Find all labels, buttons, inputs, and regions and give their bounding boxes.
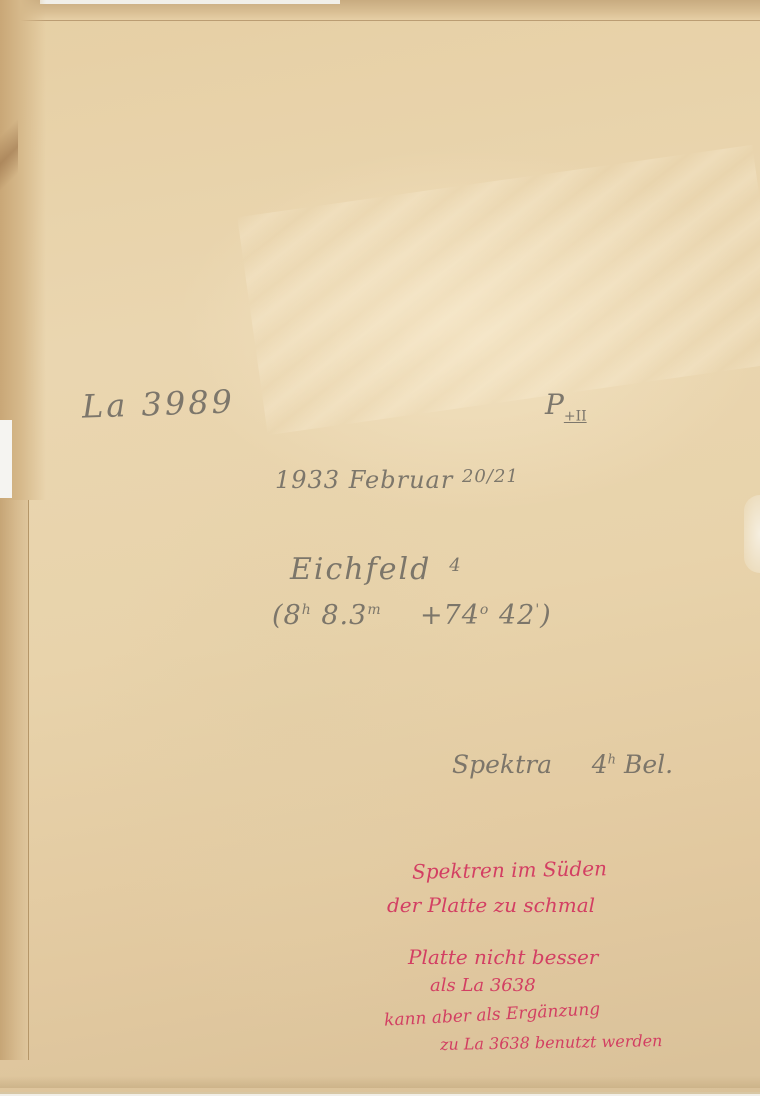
field-number: 4 [449, 555, 462, 576]
field-name: Eichfeld4 [290, 552, 463, 587]
envelope-top-gap [40, 0, 340, 4]
ra-hours-unit: h [302, 602, 312, 618]
envelope-crease [0, 95, 18, 215]
plate-class-suffix: +II [564, 409, 587, 425]
exposure-suffix: Bel. [624, 750, 673, 779]
exposure-note: Spektra 4h Bel. [452, 750, 673, 779]
paren-open: ( [272, 600, 284, 631]
exposure-unit: h [608, 753, 616, 768]
red-note-line-6: zu La 3638 benutzt werden [440, 1031, 663, 1054]
envelope-thumb-cutout [744, 495, 760, 573]
paper-sheen [237, 145, 760, 435]
dec-degrees-unit: o [480, 602, 489, 618]
exposure-value: 4 [592, 750, 608, 779]
plate-number: La 3989 [81, 382, 235, 425]
envelope-tear [0, 420, 12, 498]
paren-close: ) [540, 600, 552, 631]
field-label: Eichfeld [290, 552, 431, 587]
red-note-line-4: als La 3638 [430, 975, 536, 996]
exposure-label: Spektra [452, 750, 552, 779]
observation-date: 1933 Februar 20/21 [275, 466, 519, 494]
red-note-line-5: kann aber als Ergänzung [384, 999, 601, 1030]
field-coordinates: (8h 8.3m +74o 42') [272, 600, 552, 631]
plate-class-letter: P [545, 388, 564, 421]
date-year-month: 1933 Februar [275, 466, 453, 494]
red-note-line-3: Platte nicht besser [408, 945, 598, 969]
envelope-bottom-edge [0, 1076, 760, 1088]
ra-minutes-unit: m [367, 602, 381, 618]
glassine-envelope: La 3989 P+II 1933 Februar 20/21 Eichfeld… [0, 0, 760, 1094]
ra-hours: 8 [284, 600, 302, 631]
scanned-page: La 3989 P+II 1933 Februar 20/21 Eichfeld… [0, 0, 760, 1096]
plate-class: P+II [545, 388, 587, 425]
dec-degrees: +74 [420, 600, 480, 631]
red-note-line-1: Spektren im Süden [412, 856, 607, 883]
date-nights: 20/21 [462, 466, 519, 487]
envelope-left-seam [0, 500, 29, 1060]
red-note-line-2: der Platte zu schmal [387, 893, 595, 917]
ra-minutes: 8.3 [321, 600, 367, 631]
dec-minutes: 42 [499, 600, 535, 631]
